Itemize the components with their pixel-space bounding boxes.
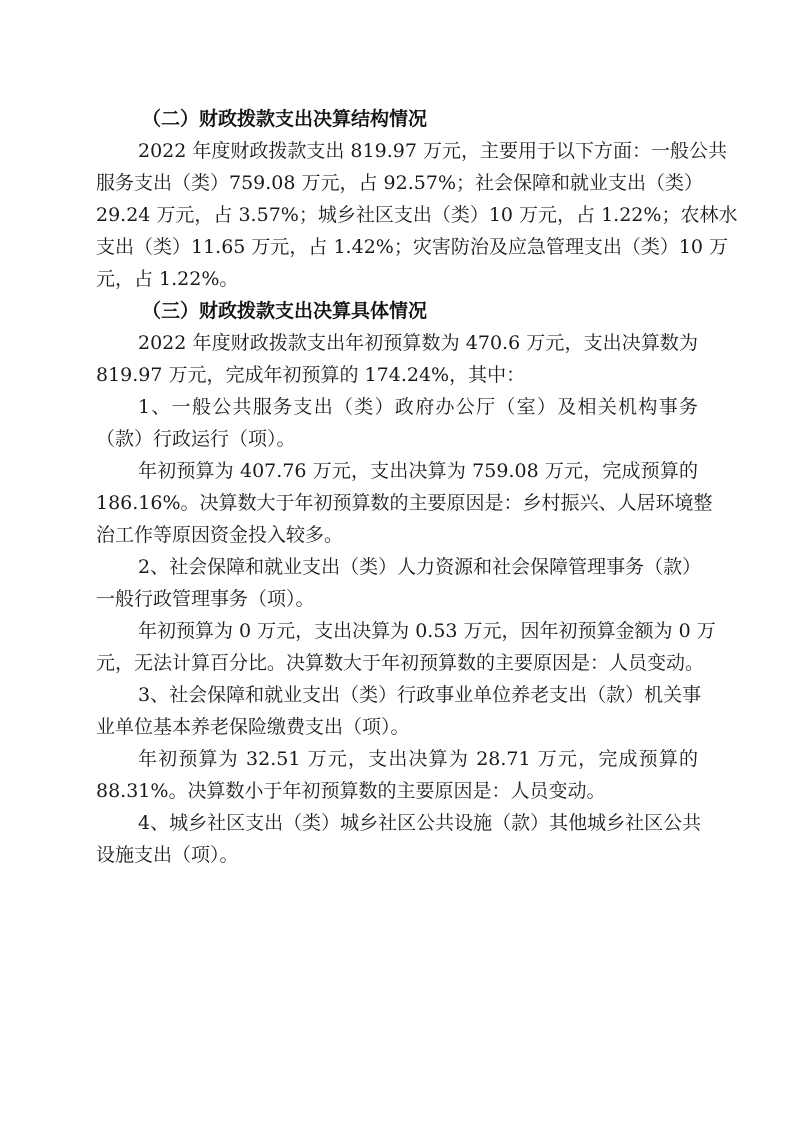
paragraph: 1、一般公共服务支出（类）政府办公厅（室）及相关机构事务 （款）行政运行（项）。 [96,391,698,455]
text-line: 年初预算为 32.51 万元，支出决算为 28.71 万元，完成预算的 [96,743,698,775]
text-line: 819.97 万元，完成年初预算的 174.24%，其中： [96,359,698,391]
text-line: 88.31%。决算数小于年初预算数的主要原因是：人员变动。 [96,775,698,807]
text-line: 4、城乡社区支出（类）城乡社区公共设施（款）其他城乡社区公共 [96,807,698,839]
section-heading: （三）财政拨款支出决算具体情况 [96,295,698,327]
paragraph: 4、城乡社区支出（类）城乡社区公共设施（款）其他城乡社区公共 设施支出（项）。 [96,807,698,871]
text-line: 年初预算为 0 万元，支出决算为 0.53 万元，因年初预算金额为 0 万 [96,615,698,647]
text-line: 业单位基本养老保险缴费支出（项）。 [96,711,698,743]
text-line: 治工作等原因资金投入较多。 [96,519,698,551]
text-line: （款）行政运行（项）。 [96,423,698,455]
paragraph: 年初预算为 407.76 万元，支出决算为 759.08 万元，完成预算的 18… [96,455,698,551]
text-line: 1、一般公共服务支出（类）政府办公厅（室）及相关机构事务 [96,391,698,423]
text-line: 29.24 万元，占 3.57%；城乡社区支出（类）10 万元，占 1.22%；… [96,199,698,231]
text-line: 186.16%。决算数大于年初预算数的主要原因是：乡村振兴、人居环境整 [96,487,698,519]
text-line: 元，占 1.22%。 [96,263,698,295]
paragraph: 2022 年度财政拨款支出年初预算数为 470.6 万元，支出决算数为 819.… [96,327,698,391]
paragraph: 年初预算为 0 万元，支出决算为 0.53 万元，因年初预算金额为 0 万 元，… [96,615,698,679]
section-heading: （二）财政拨款支出决算结构情况 [96,103,698,135]
document-page: （二）财政拨款支出决算结构情况 2022 年度财政拨款支出 819.97 万元，… [96,103,698,871]
text-line: 一般行政管理事务（项）。 [96,583,698,615]
text-line: 设施支出（项）。 [96,839,698,871]
text-line: 支出（类）11.65 万元，占 1.42%；灾害防治及应急管理支出（类）10 万 [96,231,698,263]
text-line: 服务支出（类）759.08 万元，占 92.57%；社会保障和就业支出（类） [96,167,698,199]
paragraph: 2、社会保障和就业支出（类）人力资源和社会保障管理事务（款） 一般行政管理事务（… [96,551,698,615]
paragraph: 年初预算为 32.51 万元，支出决算为 28.71 万元，完成预算的 88.3… [96,743,698,807]
text-line: 2、社会保障和就业支出（类）人力资源和社会保障管理事务（款） [96,551,698,583]
text-line: 年初预算为 407.76 万元，支出决算为 759.08 万元，完成预算的 [96,455,698,487]
text-line: 2022 年度财政拨款支出 819.97 万元，主要用于以下方面：一般公共 [96,135,698,167]
paragraph: 3、社会保障和就业支出（类）行政事业单位养老支出（款）机关事 业单位基本养老保险… [96,679,698,743]
text-line: 2022 年度财政拨款支出年初预算数为 470.6 万元，支出决算数为 [96,327,698,359]
paragraph: 2022 年度财政拨款支出 819.97 万元，主要用于以下方面：一般公共 服务… [96,135,698,295]
text-line: 元，无法计算百分比。决算数大于年初预算数的主要原因是：人员变动。 [96,647,698,679]
text-line: 3、社会保障和就业支出（类）行政事业单位养老支出（款）机关事 [96,679,698,711]
